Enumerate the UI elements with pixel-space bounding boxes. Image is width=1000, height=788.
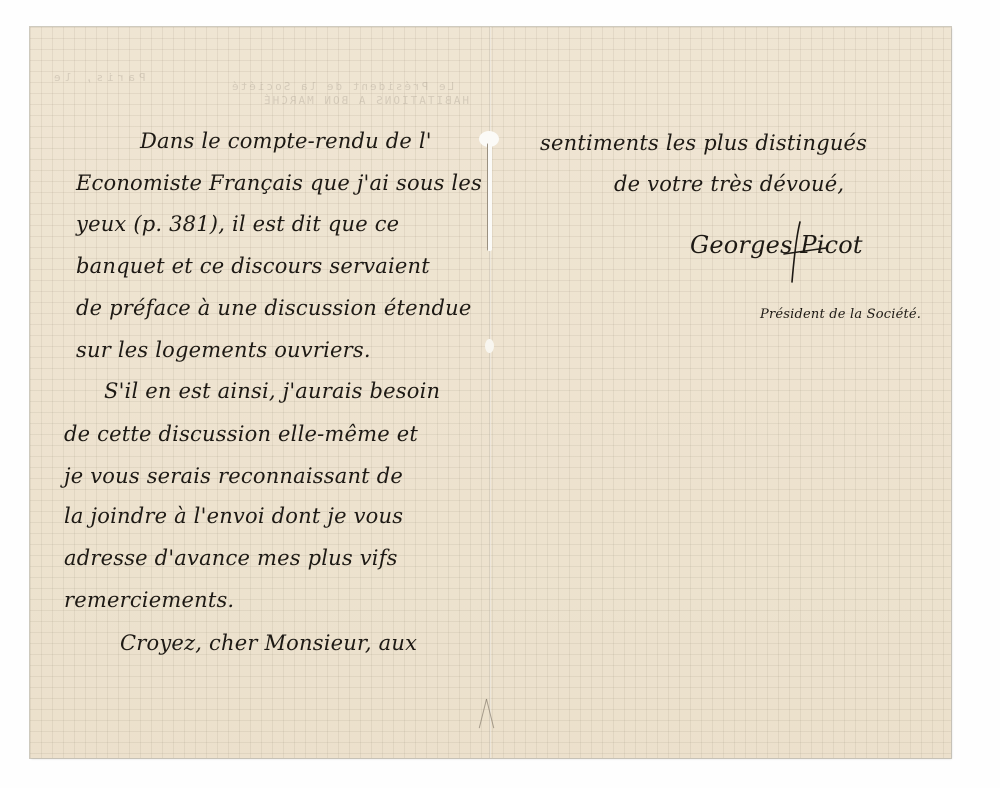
bleed-through-subheader: Le Président de la Société <box>230 80 454 93</box>
left-line-1: Dans le compte-rendu de l' <box>140 131 432 152</box>
left-line-6: sur les logements ouvriers. <box>76 340 371 361</box>
left-line-2: Economiste Français que j'ai sous les <box>76 173 482 194</box>
fold-tear <box>479 131 493 271</box>
left-line-8: de cette discussion elle-même et <box>64 424 418 445</box>
left-line-7: S'il en est ainsi, j'aurais besoin <box>104 381 440 402</box>
bleed-through-date: Paris, le <box>50 71 146 84</box>
left-line-12: remerciements. <box>64 590 234 611</box>
signatory-title: Président de la Société. <box>760 308 921 321</box>
left-line-10: la joindre à l'envoi dont je vous <box>64 506 403 527</box>
signature-flourish-icon <box>770 218 830 288</box>
left-line-5: de préface à une discussion étendue <box>76 298 472 319</box>
tear-hole-bottom <box>485 339 494 353</box>
left-line-13: Croyez, cher Monsieur, aux <box>120 633 417 654</box>
right-line-2: de votre très dévoué, <box>614 174 844 195</box>
bottom-crease <box>482 699 492 729</box>
left-line-11: adresse d'avance mes plus vifs <box>64 548 398 569</box>
right-line-1: sentiments les plus distingués <box>540 133 867 154</box>
scan-background: HABITATIONS A BON MARCHÉ Le Président de… <box>0 0 1000 788</box>
left-line-3: yeux (p. 381), il est dit que ce <box>76 214 399 235</box>
bleed-through-header: HABITATIONS A BON MARCHÉ <box>262 94 469 107</box>
tear-slit <box>487 143 492 251</box>
left-line-9: je vous serais reconnaissant de <box>64 466 403 487</box>
left-line-4: banquet et ce discours servaient <box>76 256 430 277</box>
